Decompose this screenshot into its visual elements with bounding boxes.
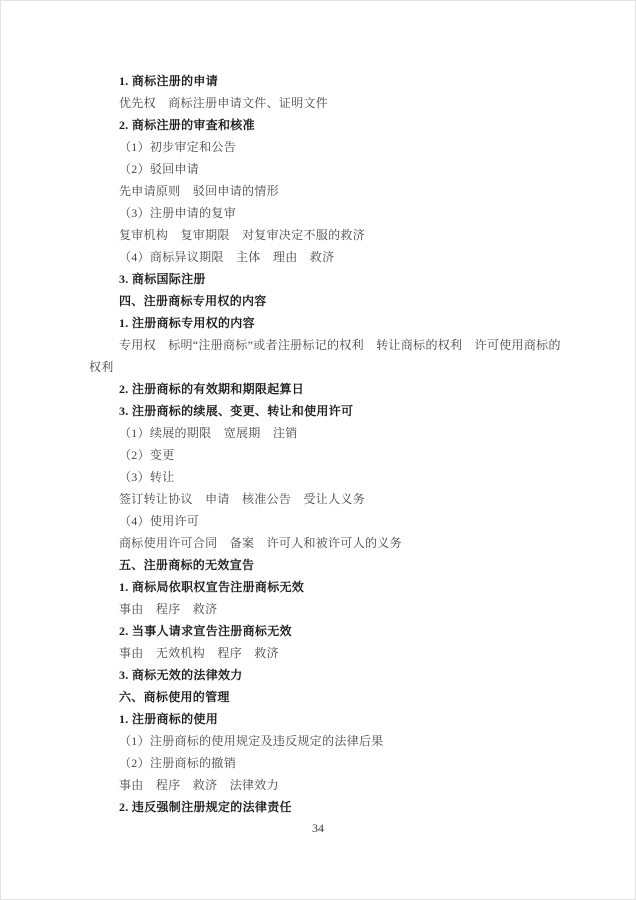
document-line: 先申请原则 驳回申请的情形 bbox=[89, 180, 559, 202]
document-line: 权利 bbox=[89, 356, 559, 378]
document-line: 商标使用许可合同 备案 许可人和被许可人的义务 bbox=[89, 532, 559, 554]
page-number: 34 bbox=[1, 817, 635, 839]
document-line: 事由 程序 救济 bbox=[89, 598, 559, 620]
document-line: 3. 注册商标的续展、变更、转让和使用许可 bbox=[89, 400, 559, 422]
document-line: （2）注册商标的撤销 bbox=[89, 752, 559, 774]
document-line: 签订转让协议 申请 核准公告 受让人义务 bbox=[89, 488, 559, 510]
document-line: 3. 商标无效的法律效力 bbox=[89, 664, 559, 686]
document-line: 1. 商标注册的申请 bbox=[89, 70, 559, 92]
document-line: （1）续展的期限 宽展期 注销 bbox=[89, 422, 559, 444]
document-line: 2. 当事人请求宣告注册商标无效 bbox=[89, 620, 559, 642]
document-line: 1. 注册商标专用权的内容 bbox=[89, 312, 559, 334]
document-line: 事由 程序 救济 法律效力 bbox=[89, 774, 559, 796]
document-line: 六、商标使用的管理 bbox=[89, 686, 559, 708]
document-line: 2. 商标注册的审查和核准 bbox=[89, 114, 559, 136]
document-line: 2. 违反强制注册规定的法律责任 bbox=[89, 796, 559, 818]
document-line: 事由 无效机构 程序 救济 bbox=[89, 642, 559, 664]
document-line: （4）使用许可 bbox=[89, 510, 559, 532]
document-line: 1. 商标局依职权宣告注册商标无效 bbox=[89, 576, 559, 598]
document-line: （4）商标异议期限 主体 理由 救济 bbox=[89, 246, 559, 268]
document-body: 1. 商标注册的申请优先权 商标注册申请文件、证明文件2. 商标注册的审查和核准… bbox=[89, 70, 559, 818]
document-line: （1）注册商标的使用规定及违反规定的法律后果 bbox=[89, 730, 559, 752]
document-line: 优先权 商标注册申请文件、证明文件 bbox=[89, 92, 559, 114]
document-line: （2）驳回申请 bbox=[89, 158, 559, 180]
document-line: 复审机构 复审期限 对复审决定不服的救济 bbox=[89, 224, 559, 246]
document-line: （1）初步审定和公告 bbox=[89, 136, 559, 158]
document-page: 1. 商标注册的申请优先权 商标注册申请文件、证明文件2. 商标注册的审查和核准… bbox=[0, 0, 636, 900]
document-line: 2. 注册商标的有效期和期限起算日 bbox=[89, 378, 559, 400]
document-line: 专用权 标明“注册商标”或者注册标记的权利 转让商标的权利 许可使用商标的 bbox=[89, 334, 559, 356]
document-line: （3）注册申请的复审 bbox=[89, 202, 559, 224]
document-line: （3）转让 bbox=[89, 466, 559, 488]
document-line: 四、注册商标专用权的内容 bbox=[89, 290, 559, 312]
document-line: （2）变更 bbox=[89, 444, 559, 466]
document-line: 3. 商标国际注册 bbox=[89, 268, 559, 290]
document-line: 1. 注册商标的使用 bbox=[89, 708, 559, 730]
document-line: 五、注册商标的无效宣告 bbox=[89, 554, 559, 576]
